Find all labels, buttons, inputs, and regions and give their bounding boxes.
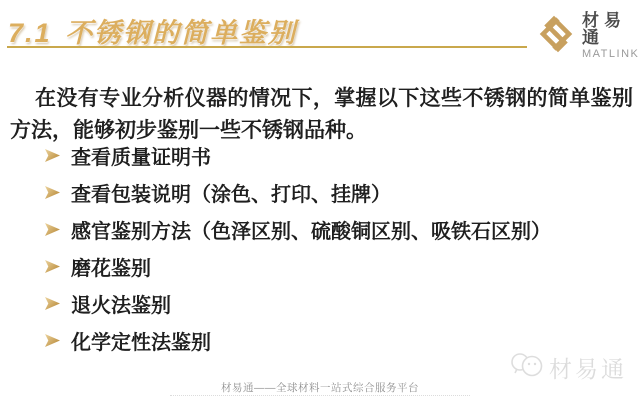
page-title: 7.1 不锈钢的简单鉴别 <box>8 11 297 50</box>
title-underline <box>7 46 527 48</box>
arrow-bullet-icon <box>45 223 60 236</box>
brand-logo-text: 材易通 MATLINK <box>582 12 640 60</box>
arrow-bullet-icon <box>45 149 60 162</box>
list-item-text: 磨花鉴别 <box>71 252 151 281</box>
list-item-text: 查看质量证明书 <box>71 141 211 170</box>
list-item-text: 化学定性法鉴别 <box>71 326 211 355</box>
list-item: 退火法鉴别 <box>0 285 640 322</box>
list-item-text: 感官鉴别方法（色泽区别、硫酸铜区别、吸铁石区别） <box>71 215 551 244</box>
footer-slogan: 材易通——全球材料一站式综合服务平台 <box>0 380 640 395</box>
brand-subtitle: MATLINK <box>582 49 640 60</box>
list-item-text: 退火法鉴别 <box>71 289 171 318</box>
list-item: 查看包装说明（涂色、打印、挂牌） <box>0 174 640 211</box>
brand-logo: 材易通 MATLINK <box>536 12 640 60</box>
bullet-list: 查看质量证明书 查看包装说明（涂色、打印、挂牌） 感官鉴别方法（色泽区别、硫酸铜… <box>0 137 640 359</box>
brand-name: 材易通 <box>582 12 640 46</box>
footer-divider <box>170 395 470 396</box>
arrow-bullet-icon <box>45 297 60 310</box>
list-item-text: 查看包装说明（涂色、打印、挂牌） <box>71 178 391 207</box>
list-item: 磨花鉴别 <box>0 248 640 285</box>
arrow-bullet-icon <box>45 186 60 199</box>
list-item: 查看质量证明书 <box>0 137 640 174</box>
presentation-slide: 7.1 不锈钢的简单鉴别 材易通 MATLINK 在没有专业分析仪器的情况下，掌… <box>0 0 640 400</box>
section-title-text: 不锈钢的简单鉴别 <box>65 18 297 48</box>
interlocked-diamond-link-icon <box>536 14 576 59</box>
section-number: 7.1 <box>8 18 52 48</box>
list-item: 感官鉴别方法（色泽区别、硫酸铜区别、吸铁石区别） <box>0 211 640 248</box>
arrow-bullet-icon <box>45 334 60 347</box>
arrow-bullet-icon <box>45 260 60 273</box>
